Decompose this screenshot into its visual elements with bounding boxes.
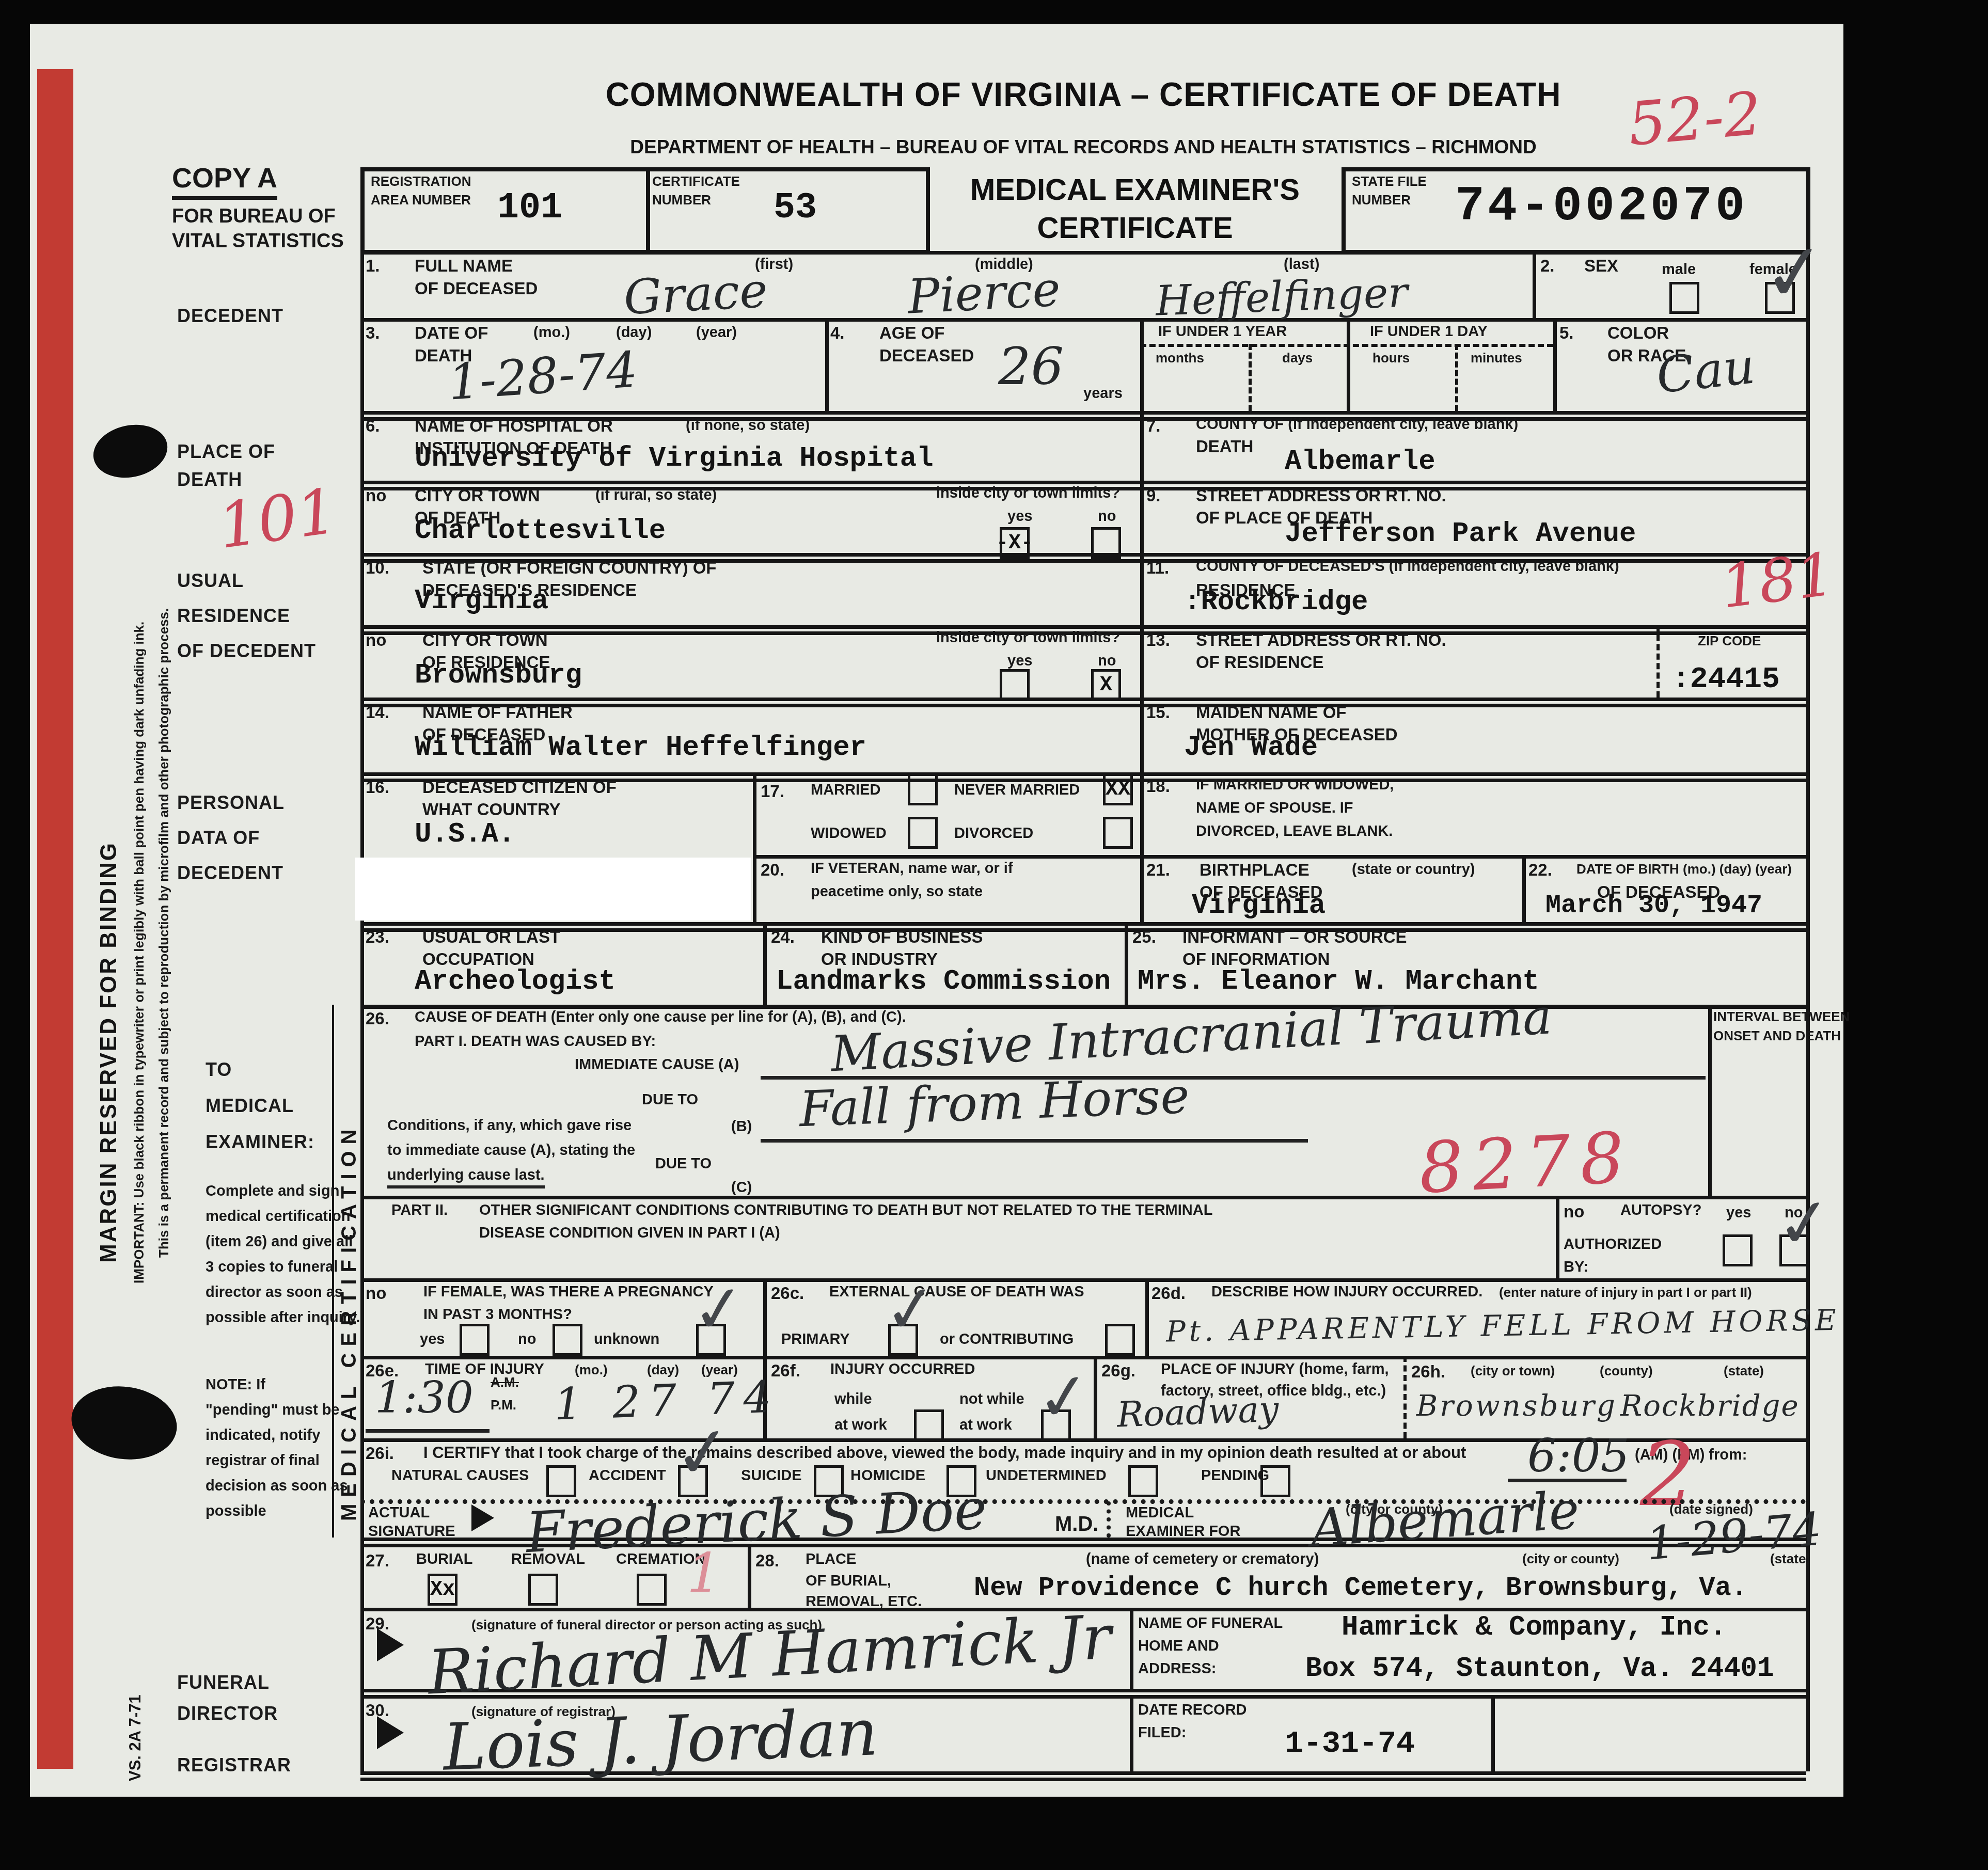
field26d-hint: (enter nature of injury in part I or par… <box>1499 1285 1752 1301</box>
under-1-year-label: IF UNDER 1 YEAR <box>1158 323 1287 340</box>
divorced-checkbox <box>1103 817 1133 849</box>
autopsy-no-checkmark: ✓ <box>1773 1187 1836 1260</box>
limits-question: inside city or town limits? <box>936 485 1120 502</box>
primary-checkmark: ✓ <box>881 1275 941 1344</box>
grid-line <box>1140 318 1144 411</box>
section-usual-3: OF DECEDENT <box>177 640 316 662</box>
field23-number: 23. <box>366 927 389 947</box>
field26f-label: INJURY OCCURRED <box>830 1361 975 1378</box>
field24-number: 24. <box>771 927 795 947</box>
pending-note-line: decision as soon as <box>206 1478 348 1495</box>
grid-line <box>1347 318 1350 411</box>
grid-line <box>1140 481 1144 553</box>
injury-state-caption: (state) <box>1724 1363 1764 1379</box>
certificate-number: 53 <box>774 188 817 229</box>
ink-blob <box>67 1380 181 1466</box>
margin-important-text: IMPORTANT: Use black ribbon in typewrite… <box>131 622 147 1283</box>
field26c-label: EXTERNAL CAUSE OF DEATH WAS <box>829 1283 1084 1301</box>
autopsy-yes-checkbox <box>1723 1234 1753 1266</box>
redaction-patch <box>355 858 751 921</box>
field16-number: 16. <box>366 778 389 797</box>
divorced-caption: DIVORCED <box>954 825 1033 842</box>
reg-label-2: AREA NUMBER <box>371 192 471 208</box>
am-caption: A.M. <box>491 1374 519 1390</box>
limits-no-mark: X <box>1100 674 1112 697</box>
field15-label: MAIDEN NAME OF <box>1196 703 1347 722</box>
field8-number: no <box>366 486 386 505</box>
field14-number: 14. <box>366 703 389 722</box>
county-of-residence-value: :Rockbridge <box>1184 587 1368 618</box>
certificate-subtitle: DEPARTMENT OF HEALTH – BUREAU OF VITAL R… <box>391 136 1775 158</box>
copy-a-line2: FOR BUREAU OF <box>172 205 336 228</box>
female-checkmark: ✓ <box>1759 231 1832 315</box>
pending-checkbox <box>1260 1465 1290 1497</box>
autopsy-label: AUTOPSY? <box>1620 1202 1701 1219</box>
field26g-label: PLACE OF INJURY (home, farm, <box>1161 1361 1389 1378</box>
field18-label: IF MARRIED OR WIDOWED, <box>1196 776 1394 794</box>
limits-yes-checkbox: -X- <box>1000 527 1030 559</box>
removal-caption: REMOVAL <box>511 1551 585 1568</box>
place-of-burial-value: New Providence C hurch Cemetery, Brownsb… <box>974 1573 1747 1603</box>
deceased-first-name: Grace <box>622 263 769 325</box>
grid-line <box>360 411 1806 415</box>
time-of-injury-value: 1:30 <box>375 1372 474 1423</box>
at-work-caption: at work <box>834 1417 887 1434</box>
pending-note-line: NOTE: If <box>206 1376 265 1393</box>
grid-line <box>825 318 829 411</box>
burial-checkbox: Xx <box>428 1574 457 1606</box>
pregnancy-yes-caption: yes <box>420 1331 445 1348</box>
grid-line <box>360 251 1806 255</box>
mother-name-value: Jen Wade <box>1184 732 1318 764</box>
grid-line <box>360 1005 1806 1009</box>
section-usual-2: RESIDENCE <box>177 605 290 627</box>
citizenship-value: U.S.A. <box>415 819 515 850</box>
grid-line <box>1140 344 1553 347</box>
field2-number: 2. <box>1540 256 1555 276</box>
grid-line <box>753 772 756 855</box>
grid-line <box>1130 1695 1133 1771</box>
male-caption: male <box>1662 261 1696 278</box>
grid-line <box>1556 1196 1559 1278</box>
field10-label: STATE (OR FOREIGN COUNTRY) OF <box>422 558 717 578</box>
field26h-number: 26h. <box>1411 1362 1445 1382</box>
grid-line <box>1140 698 1144 772</box>
tome-note-line: medical certification <box>206 1208 350 1225</box>
sfn-label-2: NUMBER <box>1352 192 1411 208</box>
field1-label: FULL NAME <box>415 256 513 276</box>
field24-label: KIND OF BUSINESS <box>821 927 983 947</box>
due-to-label: DUE TO <box>642 1091 698 1108</box>
medcert-rule <box>332 1005 334 1538</box>
state-caption: (state) <box>1770 1551 1810 1567</box>
funeral-home-label: NAME OF FUNERAL <box>1138 1615 1283 1632</box>
funeral-home-label: ADDRESS: <box>1138 1660 1216 1677</box>
funeral-home-label: HOME AND <box>1138 1638 1219 1655</box>
grid-line <box>1491 1695 1495 1771</box>
pregnancy-yes-checkbox <box>460 1324 490 1356</box>
red-annotation-52-2: 52-2 <box>1626 79 1764 160</box>
limits-yes-caption: yes <box>1007 508 1032 525</box>
funeral-home-name-value: Hamrick & Company, Inc. <box>1342 1612 1726 1643</box>
md-caption: M.D. <box>1055 1513 1098 1536</box>
deceased-middle-name: Pierce <box>906 261 1062 324</box>
sfn-label-1: STATE FILE <box>1352 173 1427 189</box>
cremation-checkbox <box>637 1574 667 1606</box>
how-injury-occurred-value: Pt. APPARENTLY FELL FROM HORSE <box>1166 1304 1840 1349</box>
section-tome-1: TO <box>206 1059 232 1081</box>
examiner-county-value: Albemarle <box>1309 1480 1582 1559</box>
city-of-residence-value: Brownsburg <box>415 660 582 691</box>
burial-mark: Xx <box>430 1578 455 1602</box>
sex-label: SEX <box>1584 256 1618 276</box>
dotted-divider <box>1107 1501 1111 1538</box>
primary-caption: PRIMARY <box>781 1331 850 1348</box>
pending-note-line: "pending" must be <box>206 1402 340 1419</box>
field13-label: OF RESIDENCE <box>1196 653 1324 672</box>
not-while-caption: not while <box>959 1391 1024 1408</box>
cert-label-1: CERTIFICATE <box>652 173 740 189</box>
section-medical-certification: MEDICAL CERTIFICATION <box>338 1123 361 1522</box>
field3-label: DATE OF <box>415 323 488 343</box>
field20-label: IF VETERAN, name war, or if <box>811 860 1013 877</box>
field12-number: no <box>366 630 386 650</box>
hospital-value: University of Virginia Hospital <box>415 443 934 474</box>
zip-code-label: ZIP CODE <box>1698 633 1761 649</box>
conditions-note-line: underlying cause last. <box>387 1167 545 1188</box>
time-underline <box>366 1429 490 1433</box>
limits-no-checkbox <box>1091 527 1121 559</box>
field7-number: 7. <box>1146 416 1161 436</box>
tome-note-line: possible after inquiry. <box>206 1309 360 1326</box>
injury-county-value: Rockbridge <box>1620 1389 1800 1423</box>
pm-caption: P.M. <box>491 1397 516 1413</box>
field13-label: STREET ADDRESS OR RT. NO. <box>1196 630 1446 650</box>
medical-examiner-for-label: EXAMINER FOR <box>1126 1523 1240 1540</box>
registrar-signature: Lois J. Jordan <box>442 1695 879 1785</box>
grid-line <box>360 318 1806 322</box>
grid-line <box>360 698 1806 701</box>
grid-line <box>763 1278 767 1356</box>
date-record-filed-label: FILED: <box>1138 1724 1186 1741</box>
authorized-by-label: BY: <box>1564 1259 1588 1276</box>
field26-number: 26. <box>366 1009 389 1028</box>
field4-number: 4. <box>830 323 845 343</box>
grid-line <box>1140 855 1144 922</box>
grid-line <box>1140 772 1144 855</box>
cert-label-2: NUMBER <box>652 192 711 208</box>
grid-line <box>753 855 1806 859</box>
field12-label: CITY OR TOWN <box>422 630 548 650</box>
field16-label: DECEASED CITIZEN OF <box>422 778 617 797</box>
limits-yes-mark: -X- <box>996 532 1033 555</box>
funeral-home-address-value: Box 574, Staunton, Va. 24401 <box>1305 1653 1774 1685</box>
section-usual-1: USUAL <box>177 570 244 592</box>
grid-line <box>1708 1005 1712 1196</box>
months-caption: months <box>1156 350 1204 366</box>
field16-label: WHAT COUNTRY <box>422 800 561 819</box>
date-record-filed-label: DATE RECORD <box>1138 1702 1247 1719</box>
married-checkbox <box>908 773 938 805</box>
binding-stripe <box>37 69 73 1769</box>
limits-yes-checkbox <box>1000 669 1030 701</box>
field6-hint: (if none, so state) <box>686 417 810 434</box>
margin-binding-text: MARGIN RESERVED FOR BINDING <box>96 842 122 1263</box>
birthplace-value: Virginia <box>1192 890 1326 922</box>
reg-label-1: REGISTRATION <box>371 173 471 189</box>
grid-line <box>1522 855 1526 922</box>
limits-no-checkbox: X <box>1091 669 1121 701</box>
field14-label: NAME OF FATHER <box>422 703 573 722</box>
me-certificate-line1: MEDICAL EXAMINER'S <box>939 172 1331 207</box>
grid-line <box>1094 1356 1097 1438</box>
widowed-caption: WIDOWED <box>811 825 887 842</box>
accident-checkmark: ✓ <box>670 1415 736 1490</box>
last-name-caption: (last) <box>1284 256 1319 273</box>
part2-label: PART II. <box>391 1202 448 1219</box>
not-at-work-checkmark: ✓ <box>1034 1362 1094 1432</box>
grid-line <box>1145 1278 1149 1356</box>
me-certificate-line2: CERTIFICATE <box>939 211 1331 245</box>
field11-label: COUNTY OF DECEASED'S (if independent cit… <box>1196 558 1619 575</box>
actual-signature-label: SIGNATURE <box>368 1523 455 1540</box>
field4-label: AGE OF <box>879 323 945 343</box>
grid-line <box>1140 411 1144 481</box>
field3-mo: (mo.) <box>533 324 570 341</box>
signature-arrow-icon <box>471 1504 494 1531</box>
field26d-number: 26d. <box>1151 1283 1186 1303</box>
section-registrar: REGISTRAR <box>177 1754 291 1776</box>
field7-label: COUNTY OF (if independent city, leave bl… <box>1196 416 1518 433</box>
never-married-checkbox: XX <box>1103 773 1133 805</box>
undetermined-checkbox <box>1128 1465 1158 1497</box>
section-tome-2: MEDICAL <box>206 1095 294 1117</box>
part2-text: DISEASE CONDITION GIVEN IN PART I (A) <box>479 1225 780 1242</box>
grid-line <box>360 553 1806 557</box>
injury-city-value: Brownsburg <box>1416 1389 1617 1423</box>
field8-label: CITY OR TOWN <box>415 486 540 505</box>
under-1-day-label: IF UNDER 1 DAY <box>1370 323 1488 340</box>
zip-code-value: :24415 <box>1672 663 1780 696</box>
state-of-residence-value: Virginia <box>415 585 548 617</box>
field26b-label: IF FEMALE, WAS THERE A PREGNANCY <box>423 1283 714 1301</box>
grid-line <box>1125 922 1128 1005</box>
never-married-mark: XX <box>1106 778 1130 801</box>
field26e-mo: (mo.) <box>575 1362 608 1378</box>
grid-line <box>360 1278 1806 1282</box>
certificate-sheet: MARGIN RESERVED FOR BINDING IMPORTANT: U… <box>30 24 1843 1797</box>
years-caption: years <box>1083 385 1123 402</box>
tome-note-line: director as soon as <box>206 1284 343 1301</box>
removal-checkbox <box>528 1574 558 1606</box>
minutes-caption: minutes <box>1471 350 1522 366</box>
red-cause-code: 8278 <box>1417 1117 1635 1209</box>
field1-number: 1. <box>366 256 380 276</box>
grid-line <box>1140 553 1144 625</box>
field22-label: DATE OF BIRTH (mo.) (day) (year) <box>1576 861 1792 877</box>
death-time-value: 6:05 <box>1527 1429 1630 1482</box>
age-value: 26 <box>998 336 1064 397</box>
grid-line <box>1656 625 1660 698</box>
autopsy-yes-caption: yes <box>1726 1205 1751 1222</box>
undetermined-caption: UNDETERMINED <box>986 1467 1107 1484</box>
tome-note-line: Complete and sign <box>206 1183 339 1200</box>
red-county-code: 181 <box>1717 540 1838 622</box>
field20-number: 20. <box>761 860 784 880</box>
field3-year: (year) <box>696 324 737 341</box>
field26d-label: DESCRIBE HOW INJURY OCCURRED. <box>1211 1283 1482 1301</box>
grid-line <box>360 625 1806 629</box>
deceased-last-name: Heffelfinger <box>1155 268 1409 325</box>
tome-note-line: 3 copies to funeral <box>206 1259 338 1276</box>
field26f-number: 26f. <box>771 1361 800 1381</box>
section-personal-2: DATA OF <box>177 827 260 849</box>
field27-number: 27. <box>366 1551 389 1571</box>
race-value: Cau <box>1654 338 1758 404</box>
part2-text: OTHER SIGNIFICANT CONDITIONS CONTRIBUTIN… <box>479 1202 1212 1219</box>
field26g-number: 26g. <box>1101 1361 1135 1381</box>
occupation-value: Archeologist <box>415 966 616 997</box>
signature-arrow-icon <box>377 1628 404 1661</box>
due-to-label: DUE TO <box>655 1155 712 1172</box>
cause-a-value: Massive Intracranial Trauma <box>829 988 1553 1083</box>
tome-note-line: (item 26) and give all <box>206 1233 353 1250</box>
pregnancy-no-checkbox <box>553 1324 582 1356</box>
registration-area-number: 101 <box>497 188 562 229</box>
immediate-cause-label: IMMEDIATE CAUSE (A) <box>575 1056 739 1073</box>
male-checkbox <box>1669 282 1699 314</box>
field18-label: DIVORCED, LEAVE BLANK. <box>1196 823 1393 840</box>
copy-a-line3: VITAL STATISTICS <box>172 230 344 252</box>
street-of-death-value: Jefferson Park Avenue <box>1285 518 1636 550</box>
field21-number: 21. <box>1146 860 1170 880</box>
grid-line <box>360 772 1806 776</box>
limits-no-caption: no <box>1098 508 1116 525</box>
pregnancy-unknown-checkmark: ✓ <box>689 1275 749 1344</box>
limits-no-caption: no <box>1098 653 1116 670</box>
state-file-number: 74-002070 <box>1455 179 1748 234</box>
county-of-death-value: Albemarle <box>1285 446 1435 478</box>
field6-label: NAME OF HOSPITAL OR <box>415 416 613 436</box>
field8-hint: (if rural, so state) <box>595 487 717 504</box>
field23-label: USUAL OR LAST <box>422 927 560 947</box>
days-caption: days <box>1282 350 1313 366</box>
pending-note-line: possible <box>206 1503 266 1520</box>
cemetery-caption: (name of cemetery or crematory) <box>1086 1551 1319 1568</box>
conditions-note-line: to immediate cause (A), stating the <box>387 1142 635 1159</box>
field22-number: 22. <box>1528 860 1552 880</box>
field4-label: DECEASED <box>879 346 974 366</box>
red-annotation-1: 1 <box>687 1542 721 1605</box>
section-personal-3: DECEDENT <box>177 862 283 884</box>
authorized-label: AUTHORIZED <box>1564 1236 1662 1253</box>
at-work-caption: at work <box>959 1417 1012 1434</box>
field26i-number: 26i. <box>366 1444 394 1463</box>
section-place-2: DEATH <box>177 469 242 490</box>
while-at-work-checkbox <box>914 1409 944 1441</box>
form-left-border <box>360 251 364 1771</box>
field9-number: 9. <box>1146 486 1161 505</box>
field25-number: 25. <box>1132 927 1156 947</box>
burial-caption: BURIAL <box>416 1551 473 1568</box>
ink-blob <box>88 418 172 484</box>
section-decedent: DECEDENT <box>177 305 283 327</box>
scanned-death-certificate: MARGIN RESERVED FOR BINDING IMPORTANT: U… <box>0 0 1988 1870</box>
certify-statement: I CERTIFY that I took charge of the rema… <box>423 1444 1466 1462</box>
field21-label: BIRTHPLACE <box>1200 860 1309 880</box>
contributing-caption: or CONTRIBUTING <box>940 1331 1074 1348</box>
section-place-1: PLACE OF <box>177 441 275 463</box>
field13-number: 13. <box>1146 630 1170 650</box>
field18-number: 18. <box>1146 776 1170 796</box>
widowed-checkbox <box>908 817 938 849</box>
field25-label: INFORMANT – OR SOURCE <box>1182 927 1407 947</box>
pending-note-line: indicated, notify <box>206 1427 320 1444</box>
grid-line <box>360 481 1806 484</box>
city-or-county-caption: (city or county) <box>1522 1551 1619 1567</box>
signature-arrow-icon <box>377 1716 404 1749</box>
cause-b-letter: (B) <box>731 1118 752 1135</box>
field3-day: (day) <box>616 324 652 341</box>
field7-label: DEATH <box>1196 437 1253 456</box>
pregnancy-no-caption: no <box>518 1331 536 1348</box>
copy-a-label: COPY A <box>172 162 277 200</box>
field28-number: 28. <box>755 1551 779 1571</box>
field9-label: STREET ADDRESS OR RT. NO. <box>1196 486 1446 505</box>
field1-label: OF DECEASED <box>415 279 538 298</box>
injury-county-caption: (county) <box>1600 1363 1653 1379</box>
grid-line <box>1130 1608 1133 1689</box>
suicide-caption: SUICIDE <box>741 1467 802 1484</box>
married-caption: MARRIED <box>811 782 880 799</box>
hours-caption: hours <box>1372 350 1410 366</box>
certificate-title: COMMONWEALTH OF VIRGINIA – CERTIFICATE O… <box>391 75 1775 114</box>
limits-question: inside city or town limits? <box>936 629 1120 646</box>
field26a-number: no <box>1564 1202 1584 1222</box>
accident-caption: ACCIDENT <box>589 1467 666 1484</box>
medical-examiner-for-label: MEDICAL <box>1126 1504 1194 1522</box>
city-of-death-value: Charlottesville <box>415 515 666 547</box>
field28-label: PLACE <box>806 1551 856 1568</box>
field11-number: 11. <box>1146 558 1169 578</box>
injury-city-caption: (city or town) <box>1471 1363 1555 1379</box>
interval-label: INTERVAL BETWEEN <box>1713 1009 1850 1025</box>
never-married-caption: NEVER MARRIED <box>954 782 1080 799</box>
field26c-number: 26c. <box>771 1283 804 1303</box>
grid-line <box>360 922 1806 926</box>
field28-label: REMOVAL, ETC. <box>806 1593 922 1610</box>
field3-number: 3. <box>366 323 380 343</box>
field18-label: NAME OF SPOUSE. IF <box>1196 800 1353 817</box>
date-of-birth-value: March 30, 1947 <box>1545 891 1762 921</box>
field21-hint: (state or country) <box>1352 861 1475 878</box>
field10-number: 10. <box>366 558 389 578</box>
father-name-value: William Walter Heffelfinger <box>415 732 866 764</box>
section-funeral-2: DIRECTOR <box>177 1703 278 1724</box>
form-number: VS. 2A 7-71 <box>126 1694 145 1781</box>
business-value: Landmarks Commission <box>776 966 1111 997</box>
cause-b-line <box>761 1139 1308 1143</box>
conditions-note-line: Conditions, if any, which gave rise <box>387 1117 632 1134</box>
natural-causes-checkbox <box>546 1465 576 1497</box>
margin-permanent-text: This is a permanent record and subject t… <box>156 608 172 1258</box>
field17-number: 17. <box>761 782 784 801</box>
pregnancy-unknown-caption: unknown <box>594 1331 659 1348</box>
grid-line <box>1455 344 1458 411</box>
grid-line <box>1533 251 1536 318</box>
field26b-label: IN PAST 3 MONTHS? <box>423 1306 572 1323</box>
cause-of-death-heading: CAUSE OF DEATH (Enter only one cause per… <box>415 1009 906 1026</box>
